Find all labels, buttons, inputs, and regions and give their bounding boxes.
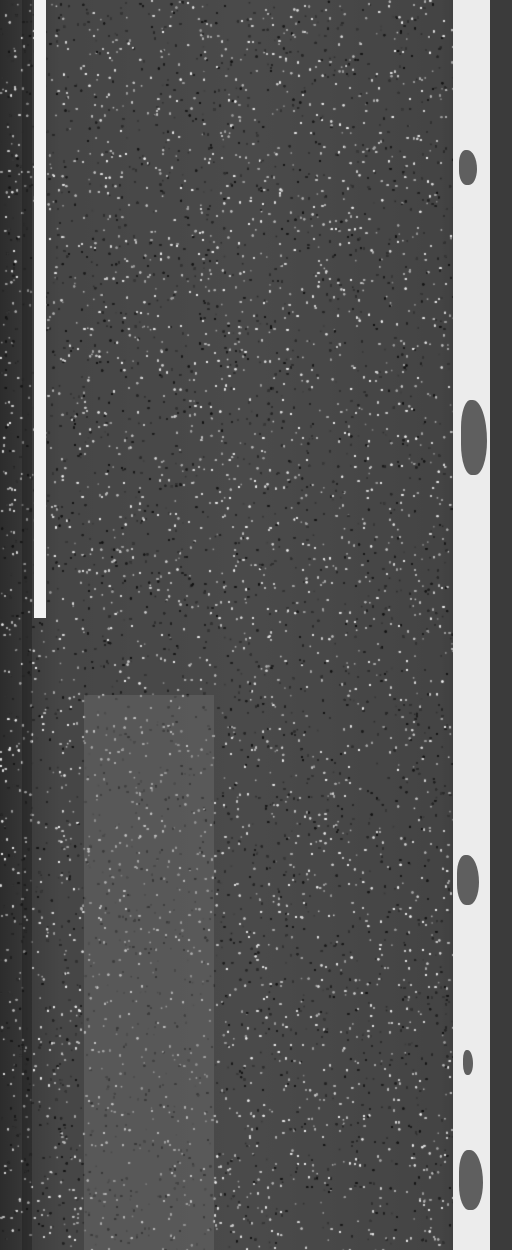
repair-patch [84, 695, 214, 1250]
wear-spot [461, 400, 487, 475]
asphalt-texture [0, 0, 512, 1250]
left-edge-line [34, 0, 46, 618]
wear-spot [457, 855, 479, 905]
right-shoulder [490, 0, 512, 1250]
right-edge-line [453, 0, 490, 1250]
wear-spot [459, 1150, 483, 1210]
shoulder-crack [22, 0, 32, 1250]
wear-spot [459, 150, 477, 185]
wear-spot [463, 1050, 473, 1075]
road-surface [0, 0, 512, 1250]
